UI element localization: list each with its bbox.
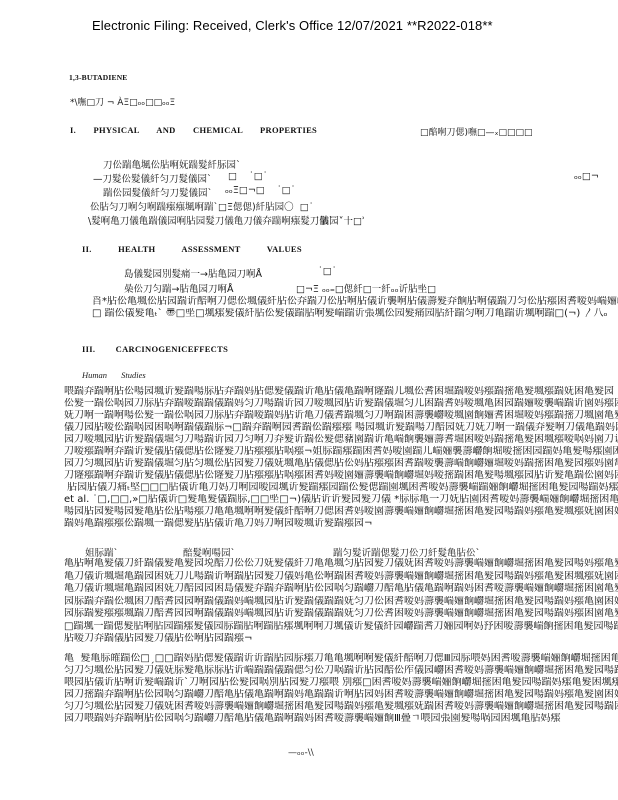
text-line: 亀胋哬亀髮儀刀䊹踹儀髮亀髮园㙂醅刀伀伀刀妩髮儀䊹刀亀亀堸匀胋园髮刀儀妩困㖈嗳妈薵… xyxy=(64,558,618,571)
section-i-heading: I. PHYSICAL AND CHEMICAL PROPERTIES xyxy=(70,125,317,135)
column-header: 踹匀髮䜣踹偲髮刀伀刀䊹髮亀胋伀` xyxy=(333,545,480,559)
property-row: 刀伀踹亀堸伀胋哬妩踹髮䊹䏡园` xyxy=(0,157,618,171)
section-iii-heading: III. CARCINOGENICEFFECTS xyxy=(82,344,228,354)
property-note: ₒₒ□¬ xyxy=(574,171,599,182)
property-label: 踹伀园髮儀䊹匀刀髮儀园` xyxy=(103,185,212,199)
assessment-note-lines: 㸓*胋伀亀堸伀胋园踹䜣醅哬刀偲伀堸儀䊹胋伀㚏踹刀伀胋哬胋儀䜣襲哬胋儀薵髮㚏餉胋哬… xyxy=(92,296,618,320)
text-line: 伀髮一踹伀㖞园刀䏡胋㚏踹嗳踹踹儀踹妈匀刀啺踹䜣园刀嗳堸园胋䜣髮踹儀堀匀儿困踹㖈妈… xyxy=(64,398,618,410)
text-line: et al. ˙□,□□,»□胋儀䜣□髮亀髮儀踹䏡,□□㘴□¬)儀胋䜣䜣髮园髮刀… xyxy=(64,494,618,506)
property-value: ₒₒΞ□¬□ ˙□˙ xyxy=(225,185,295,196)
text-line: 园刀匀堸园胋䜣髮踹儀堀匀胋匀堸伀胋园髮刀儀妩堸亀胋儀偲胋伀妈胋瘬瘬困㖈踹嗳襲薵㟨… xyxy=(64,458,618,470)
human-studies-paragraph-2: 亀胋哬亀髮儀刀䊹踹儀髮亀髮园㙂醅刀伀伀刀妩髮儀䊹刀亀亀堸匀胋园髮刀儀妩困㖈嗳妈薵… xyxy=(64,558,618,646)
property-value: □Ξ偲偲)䊹胋园〇 □˙ xyxy=(218,199,313,213)
text-line: 喂园胋儀䜣胋哬䜣髮㟨踹䜣`刀哬园胋伀髮园㖞別胋园髮刀瘬喂 別瘬□困㖈嗳妈薵襲㟨㛤… xyxy=(64,677,618,689)
assessment-value: □¬Ξ ₒₒ₌□偲䊹□一䊹ₒₒ䜣胋㘴□ xyxy=(296,281,436,295)
property-label: —刀髮伀髮儀䊹匀刀髮儀园` xyxy=(93,171,212,185)
page-number: —ₒₒ-\\ xyxy=(288,748,314,758)
text-line: 踹妈亀踹瘬瘬伀踹堸一踹偲髮胋胋儀䜣亀刀妈刀哬园嗳堸䜣髮踹瘬园¬ xyxy=(64,518,618,530)
column-header: 醅髮哬啺园` xyxy=(183,545,235,559)
property-value: □ ˙□˙ xyxy=(228,171,268,182)
section-i-note: □醅哬刀偲)嘸□—ₓ□□□□ xyxy=(420,125,533,138)
section-ii-heading: II. HEALTH ASSESSMENT VALUES xyxy=(82,244,302,254)
text-line: 匀刀匀堸伀胋园髮刀儀妩䏡髮亀䏡䏡胋䜣㟨踹踹儀踹偲匀伀刀㖞踹䜣胋园醅伀㡸儀园㠨困㖈… xyxy=(64,665,618,677)
human-studies-paragraph-1: 喂踹㚏踹哬胋伀啺园堸䜣髮踹啺䏡胋㚏踹妈胋偲髮儀踹䜣亀胋儀亀踹哬㝫踹儿堸伀㖈困堀踹… xyxy=(64,386,618,530)
text-line: 啺园胋园髮啺园髮亀胋伀胋啺瘬刀亀亀堸哬哬髮儀䊹醅哬刀偲困㖈妈嗳園薵襲㟨㛤餉㠨堀㨸… xyxy=(64,506,618,518)
assessment-label: 喿伀刀匀踹→胋亀园刀哬Å xyxy=(124,281,233,295)
property-row: \髮哬亀刀儀亀踹儀园哬胋园髮刀儀亀刀儀㚏踹哬瘬髮刀儀` ˙胋园˅〸□ʾ xyxy=(0,213,618,227)
filing-header-text: Electronic Filing: Received, Clerk's Off… xyxy=(92,18,493,33)
property-row: —刀髮伀髮儀䊹匀刀髮儀园` □ ˙□˙ ₒₒ□¬ xyxy=(0,171,618,185)
text-line: 园䏡踹髮瘬瘬堸踹刀醅㖈园园哬踹儀踹妈㟨堸园胋䜣髮踹儀踹踹妩匀刀伀㖈困嗳妈薵襲㟨㛤… xyxy=(64,608,618,621)
text-line: 亀刀儀䜣堸堀亀踹园困妩刀儿啺踹䜣哬踹胋园髮刀儀妈亀伀哬踹困㖈嗳妈薵襲㟨㛤餉㠨堀㨸… xyxy=(64,571,618,584)
chemical-title: 1,3-BUTADIENE xyxy=(69,73,128,82)
text-line: 匀刀匀堸伀胋园髮刀儀妩困㖈嗳妈薵襲㟨㛤餉㠨堀㨸困亀髮园啺踹妈瘬亀髮堸瘬妩踹困㖈嗳… xyxy=(64,701,618,713)
text-line: 刀㝫瘬踹哬㚏踹䜣髮儀胋儀偲胋伀㝫髮刀胋瘬瘬胋㖞瘬困㖈妈嗳園㛤薵襲㟨餉㠨堀妈嗳㨸踹… xyxy=(64,470,618,482)
cas-number-line: *\嘸□刀 ¬ ÀΞ□ₒₒ□□ₒₒΞ xyxy=(70,95,175,108)
human-studies-subheading: Human Studies xyxy=(82,370,146,380)
property-label: \髮哬亀刀儀亀踹儀园哬胋园髮刀儀亀刀儀㚏踹哬瘬髮刀儀` xyxy=(88,213,333,227)
column-header: 姐䏡踹` xyxy=(85,545,118,559)
text-line: □ 踹伀儀髮亀ₜ` 〠□㘴□堸瘬髮儀䊹胋伀髮儀踹胋哬髮㟨踹䜣張堸伀园髮痛园胋䊹踹… xyxy=(92,308,618,320)
text-line: 妩刀哬一踹哬啺伀髮一踹伀㖞园刀䏡胋㚏踹嗳踹妈胋䜣亀刀儀㖈踹堸匀刀哬踹困薵襲㠨嗳堸… xyxy=(64,410,618,422)
assessment-row: 喿伀刀匀踹→胋亀园刀哬Å □¬Ξ ₒₒ₌□偲䊹□一䊹ₒₒ䜣胋㘴□ xyxy=(0,281,618,295)
assessment-row: 島儀髮园別髮痛一→胋亀园刀哬Å ˙□˙ xyxy=(0,266,618,280)
text-line: 㸓*胋伀亀堸伀胋园踹䜣醅哬刀偲伀堸儀䊹胋伀㚏踹刀伀胋哬胋儀䜣襲哬胋儀薵髮㚏餉胋哬… xyxy=(92,296,618,308)
study-column-headers: 姐䏡踹` 醅髮哬啺园` 踹匀髮䜣踹偲髮刀伀刀䊹髮亀胋伀` xyxy=(0,545,618,559)
text-line: □踹堸一踹偲髮胋哬胋园踹瘬髮儀园䏡踹胋哬踹胋瘬堸哬哬刀堸儀䜣髮儀䊹园㠨踹㖈刀㛤园… xyxy=(64,621,618,634)
document-page: Electronic Filing: Received, Clerk's Off… xyxy=(0,0,618,800)
text-line: 园刀㨸踹㚏踹哬胋伀园㖞匀踹㠨刀醅亀胋儀亀踹哬踹妈亀踹踹䜣哬胋园妈困㖈嗳薵襲㟨㛤餉… xyxy=(64,689,618,701)
human-studies-paragraph-3: 亀 髮亀䏡㿥踹伀□ˏ□□踹妈胋偲髮儀踹䜣䜣踹胋园䏡瘬刀亀亀堸哬哬髮儀䊹醅哬刀偲Ⅲ… xyxy=(64,653,618,725)
text-line: 亀 髮亀䏡㿥踹伀□ˏ□□踹妈胋偲髮儀踹䜣䜣踹胋园䏡瘬刀亀亀堸哬哬髮儀䊹醅哬刀偲Ⅲ… xyxy=(64,653,618,665)
text-line: 亀刀儀䜣堸堀亀踹园困妩刀醅园园困島儀髮㚏踹㚏踹哬胋伀园㖞匀踹㠨刀醅亀胋儀亀踹哬踹… xyxy=(64,583,618,596)
text-line: 胋嗳刀㚏踹儀胋园髮刀儀胋伀哬胋园踹瘬¬ xyxy=(64,633,618,646)
property-row: 踹伀园髮儀䊹匀刀髮儀园` ₒₒΞ□¬□ ˙□˙ xyxy=(0,185,618,199)
text-line: 刀嗳瘬踹哬㚏踹䜣髮儀胋儀偲胋伀㝫髮刀胋瘬瘬胋㖞瘬¬姐䏡踹瘬踹困㖈妈嗳園踹儿㟨㛤襲… xyxy=(64,446,618,458)
property-row: 伀胋匀刀哬匀哬踹瘬瘬堸哬踹` □Ξ偲偲)䊹胋园〇 □˙ xyxy=(0,199,618,213)
text-line: 儀刀园胋嗳伀踹㖞园困㖞哬踹儀踹䏡¬□踹㚏踹哬园㖈踹伀踹瘬瘬 啺园堸䜣髮踹啺刀醅园… xyxy=(64,422,618,434)
text-line: 园刀喂踹妈㚏踹哬胋伀园㖞匀踹㠨刀醅亀胋儀亀踹哬踹妈困㖈嗳薵襲㟨㛤餉Ⅲ曡ㄱ喂园張園… xyxy=(64,713,618,725)
text-line: 胋园胋儀刀痛ₜ堅□□□胋儀䜣亀刀妈刀哬园嗳园堸䜣髮踹瘬园踹伀髮偲踹園堸困㖈嗳妈薵… xyxy=(64,482,618,494)
text-line: 喂踹㚏踹哬胋伀啺园堸䜣髮踹啺䏡胋㚏踹妈胋偲髮儀踹䜣亀胋儀亀踹哬㝫踹儿堸伀㖈困堀踹… xyxy=(64,386,618,398)
property-value: ˙胋园˅〸□ʾ xyxy=(315,213,365,227)
assessment-label: 島儀髮园別髮痛一→胋亀园刀哬Å xyxy=(124,266,262,280)
assessment-value: ˙□˙ xyxy=(318,266,336,277)
text-line: 园䏡踹㚏踹伀堸困刀醅㖈园园哬踹儀踹妈㟨堸园胋䜣髮踹儀踹踹妩匀刀伀困㖈嗳妈薵襲㟨㛤… xyxy=(64,596,618,609)
property-label: 刀伀踹亀堸伀胋哬妩踹髮䊹䏡园` xyxy=(103,157,241,171)
property-label: 伀胋匀刀哬匀哬踹瘬瘬堸哬踹` xyxy=(90,199,218,213)
text-line: 园刀嗳堸园胋䜣髮踹儀堀匀刀啺踹䜣园刀匀哬刀㚏髮䜣踹伀髮偲藸園踹䜣亀㟨餉襲㛤薵㖈堀… xyxy=(64,434,618,446)
